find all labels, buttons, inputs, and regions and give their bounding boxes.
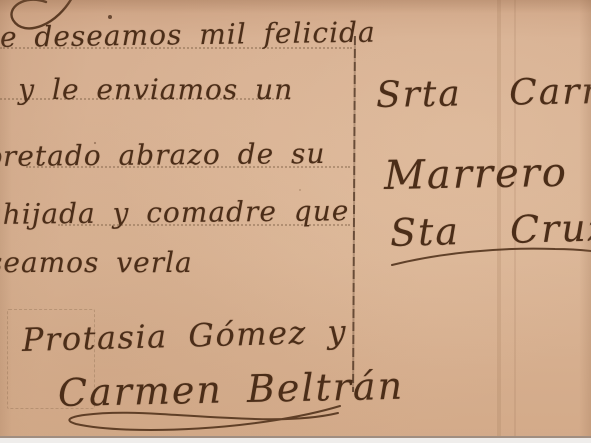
ink-speck [299,189,301,191]
message-line-5: seamos verla [0,249,193,277]
message-line-2: s y le enviamos un [0,76,293,104]
center-divider-line [352,36,356,392]
scan-edge-strip [0,436,591,443]
address-line-2: Marrero [384,153,569,196]
message-line-4: ahijada y comadre que [0,197,350,229]
postcard-scan: le deseamos mil felicida s y le enviamos… [0,0,591,443]
address-line-3: Sta Cruz [390,208,591,252]
signature-line-1: Protasia Gómez y [22,315,348,356]
message-line-3: pretado abrazo de su [0,140,326,171]
signature-line-2: Carmen Beltrán [58,367,405,412]
address-line-1: Srta Carm [376,74,591,114]
message-line-1: le deseamos mil felicida [0,19,376,52]
